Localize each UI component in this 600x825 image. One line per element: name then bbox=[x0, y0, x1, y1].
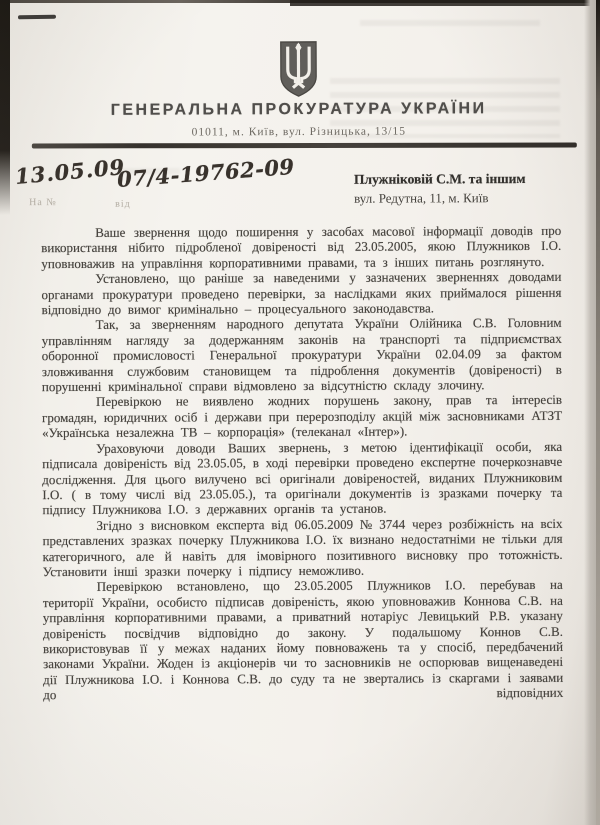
body-paragraph: Перевіркою не виявлено жодних порушень з… bbox=[42, 392, 562, 440]
org-address: 01011, м. Київ, вул. Різницька, 13/15 bbox=[0, 125, 599, 140]
scan-top-right-edge bbox=[290, 0, 600, 6]
letter-body: Ваше звернення щодо поширення у засобах … bbox=[41, 223, 563, 703]
recipient-block: Плужніковій С.М. та іншим вул. Редутна, … bbox=[354, 169, 569, 208]
scanned-letter-page: ГЕНЕРАЛЬНА ПРОКУРАТУРА УКРАЇНИ 01011, м.… bbox=[0, 0, 600, 825]
body-paragraph: Так, за зверненням народного депутата Ук… bbox=[42, 315, 562, 394]
body-paragraph: Ураховуючи доводи Ваших звернень, з мето… bbox=[42, 439, 562, 518]
recipient-name: Плужніковій С.М. та іншим bbox=[354, 169, 569, 190]
scan-right-edge-line bbox=[596, 0, 600, 825]
body-paragraph: Ваше звернення щодо поширення у засобах … bbox=[41, 223, 561, 271]
ref-date-label: від bbox=[115, 199, 131, 210]
ukraine-trident-emblem-icon bbox=[276, 40, 320, 98]
scan-artifact-dash bbox=[18, 15, 56, 20]
recipient-address: вул. Редутна, 11, м. Київ bbox=[354, 188, 569, 208]
body-paragraph: Згідно з висновком експерта від 06.05.20… bbox=[42, 516, 562, 580]
body-paragraph: Перевіркою встановлено, що 23.05.2005 Пл… bbox=[43, 577, 564, 703]
letter-content: ГЕНЕРАЛЬНА ПРОКУРАТУРА УКРАЇНИ 01011, м.… bbox=[0, 0, 600, 825]
header-divider bbox=[32, 143, 577, 149]
handwritten-date: 13.05.09 bbox=[14, 154, 126, 189]
handwritten-registration-number: 07/4-19762-09 bbox=[116, 154, 295, 192]
body-paragraph: Установлено, що раніше за наведеними у з… bbox=[41, 269, 561, 317]
org-title: ГЕНЕРАЛЬНА ПРОКУРАТУРА УКРАЇНИ bbox=[0, 100, 599, 121]
ref-number-label: На № bbox=[29, 197, 57, 208]
scan-left-edge-bar bbox=[0, 0, 10, 215]
